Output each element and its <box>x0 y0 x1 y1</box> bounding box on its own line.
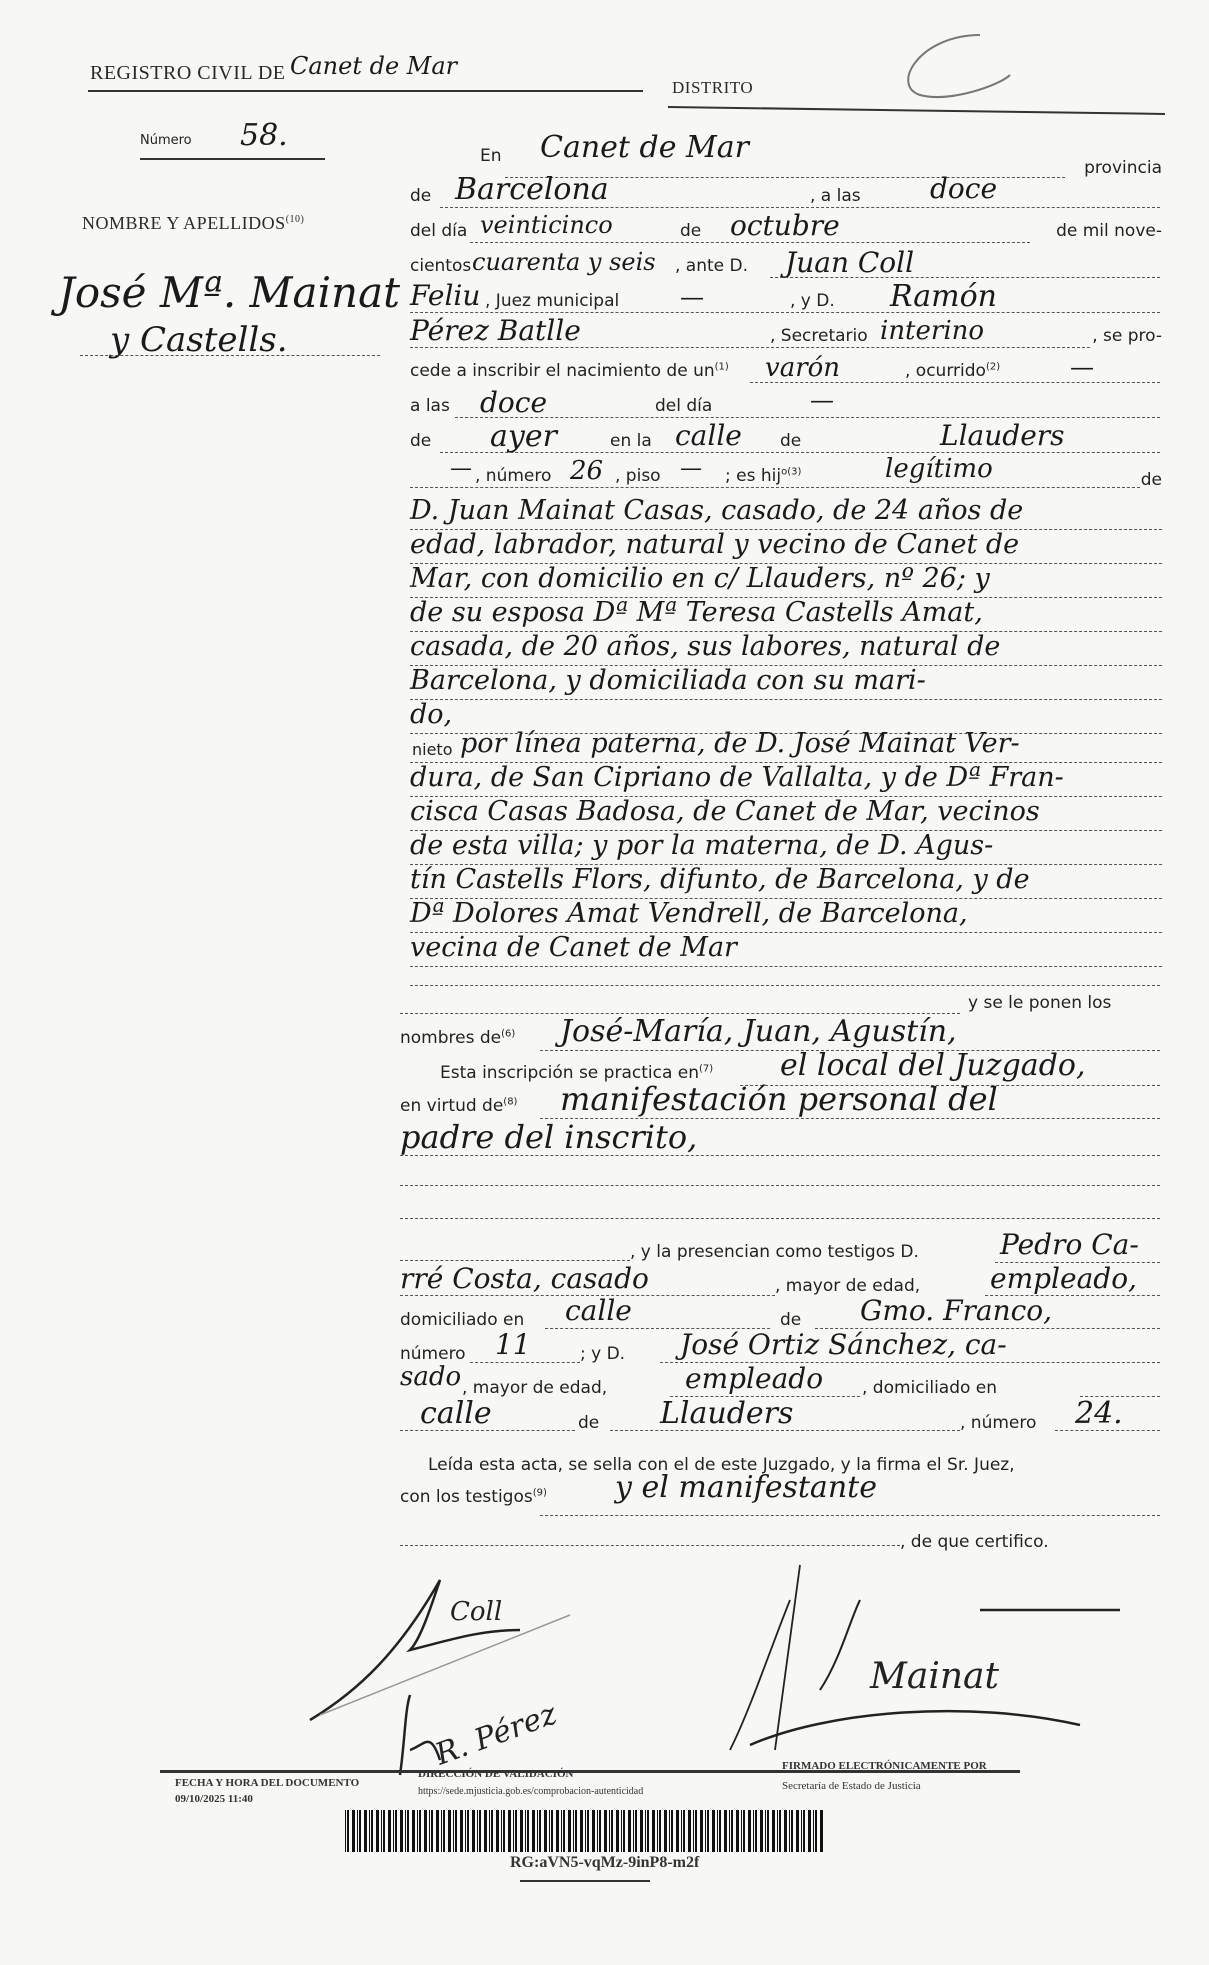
label-ponen: y se le ponen los <box>968 993 1111 1013</box>
barcode-bar <box>441 1810 442 1852</box>
barcode-bar <box>496 1810 499 1852</box>
blank-line <box>400 1260 630 1261</box>
svg-text:R. Pérez: R. Pérez <box>430 1696 562 1772</box>
barcode-bar <box>561 1810 562 1852</box>
barcode-bar <box>705 1810 706 1852</box>
value-via: calle <box>675 419 742 452</box>
barcode-bar <box>537 1810 538 1852</box>
value-practica: el local del Juzgado, <box>780 1048 1086 1083</box>
barcode-bar <box>508 1810 511 1852</box>
barcode-bar <box>525 1810 526 1852</box>
barcode-bar <box>532 1810 535 1852</box>
value-testigo2-num: 24. <box>1075 1396 1123 1431</box>
barcode-bar <box>472 1810 475 1852</box>
grandparents-line: de esta villa; y por la materna, de D. A… <box>410 830 993 861</box>
label-de: de <box>680 221 701 241</box>
label-juez-municipal: , Juez municipal <box>485 291 619 311</box>
label-de: de <box>1141 470 1162 490</box>
barcode-bar <box>549 1810 550 1852</box>
label-ocurrido-text: , ocurrido <box>905 361 986 381</box>
barcode-bar <box>352 1810 355 1852</box>
value-calle: Llauders <box>940 419 1065 452</box>
value-ocurrido: — <box>1070 353 1094 381</box>
svg-text:Mainat: Mainat <box>869 1656 999 1697</box>
value-secretario-apellido: Pérez Batlle <box>410 314 581 347</box>
row-secretario: Pérez Batlle , Secretario interino , se … <box>410 318 1162 350</box>
barcode-bar <box>611 1810 613 1852</box>
barcode-bar <box>671 1810 673 1852</box>
barcode-bar <box>688 1810 691 1852</box>
label-secretario: , Secretario <box>770 326 868 346</box>
underline <box>440 207 1160 208</box>
label-en: En <box>480 146 502 166</box>
barcode-bar <box>796 1810 799 1852</box>
value-testigo2-street: Llauders <box>660 1396 793 1431</box>
underline <box>1055 1430 1160 1431</box>
parents-line: Barcelona, y domiciliada con su mari- <box>410 665 926 696</box>
label-es-hij-text: ; es hij <box>725 466 781 486</box>
barcode-bar <box>489 1810 490 1852</box>
nombre-label: NOMBRE Y APELLIDOS(10) <box>82 213 304 234</box>
grandparents-line: por línea paterna, de D. José Mainat Ver… <box>460 728 1020 759</box>
underline <box>750 382 1160 383</box>
barcode-bar <box>575 1810 577 1852</box>
note-1: (1) <box>715 361 729 372</box>
label-nombres-text: nombres de <box>400 1028 501 1048</box>
label-nieto: nieto <box>412 740 453 759</box>
barcode-bar <box>616 1810 619 1852</box>
barcode-bar <box>693 1810 694 1852</box>
note-8: (8) <box>503 1096 517 1107</box>
label-domiciliado-2: , domiciliado en <box>862 1378 997 1398</box>
label-de: de <box>780 1310 801 1330</box>
label-mayor-2: , mayor de edad, <box>462 1378 607 1398</box>
underline <box>410 699 1162 700</box>
label-de: de <box>780 431 801 451</box>
blank-line <box>400 1155 1160 1156</box>
label-del-dia: del día <box>410 221 467 241</box>
barcode-bar <box>736 1810 739 1852</box>
barcode-bar <box>357 1810 358 1852</box>
grandparents-line: dura, de San Cipriano de Vallalta, y de … <box>410 762 1064 793</box>
label-testigos: , y la presencian como testigos D. <box>630 1242 919 1262</box>
barcode-bar <box>592 1810 595 1852</box>
label-cede: cede a inscribir el nacimiento de un(1) <box>410 361 729 381</box>
barcode-bar <box>585 1810 586 1852</box>
label-y-d: , y D. <box>790 291 835 311</box>
label-nombres: nombres de(6) <box>400 1028 515 1048</box>
barcode-bar <box>484 1810 487 1852</box>
note-9: (9) <box>533 1487 547 1498</box>
barcode-bar <box>765 1810 766 1852</box>
value-testigo1-street: Gmo. Franco, <box>860 1294 1052 1327</box>
value-testigo2-estado: sado <box>400 1362 461 1392</box>
signature-secretario: R. Pérez <box>380 1690 600 1780</box>
barcode-bar <box>587 1810 589 1852</box>
barcode-bar <box>527 1810 529 1852</box>
value-anio: cuarenta y seis <box>472 248 656 276</box>
barcode-bar <box>520 1810 523 1852</box>
row-hora-nacimiento: a las doce del día — <box>410 388 1162 420</box>
direccion-link[interactable]: https://sede.mjusticia.gob.es/comprobaci… <box>418 1786 643 1797</box>
value-testigo2-job: empleado <box>685 1362 823 1395</box>
barcode-bar <box>609 1810 610 1852</box>
barcode-bar <box>383 1810 385 1852</box>
barcode-bar <box>623 1810 625 1852</box>
barcode-bar <box>659 1810 661 1852</box>
barcode <box>345 1810 825 1852</box>
label-con-testigos: con los testigos(9) <box>400 1487 547 1507</box>
barcode-bar <box>347 1810 349 1852</box>
barcode-bar <box>448 1810 451 1852</box>
grandparents-line: vecina de Canet de Mar <box>410 932 737 963</box>
barcode-bar <box>453 1810 454 1852</box>
value-con-testigos: y el manifestante <box>615 1470 877 1505</box>
value-filiacion: legítimo <box>885 454 993 484</box>
label-cientos: cientos <box>410 256 471 276</box>
label-piso: , piso <box>615 466 661 486</box>
label-a-las: , a las <box>810 186 861 206</box>
barcode-bar <box>479 1810 481 1852</box>
label-se-pro: , se pro- <box>1092 326 1162 346</box>
label-ocurrido: , ocurrido(2) <box>905 361 1000 381</box>
label-domiciliado: domiciliado en <box>400 1310 524 1330</box>
row-lugar: En Canet de Mar provincia <box>410 138 1162 170</box>
firmado-label: FIRMADO ELECTRÓNICAMENTE POR <box>782 1760 987 1772</box>
label-cede-text: cede a inscribir el nacimiento de un <box>410 361 715 381</box>
nombre-underline <box>80 355 380 356</box>
barcode-bar <box>412 1810 415 1852</box>
row-numero-piso: — , número 26 , piso — ; es hijo(3) legí… <box>410 458 1162 490</box>
value-testigo1-job: empleado, <box>990 1262 1137 1295</box>
barcode-bar <box>719 1810 721 1852</box>
blank-line <box>400 1185 1160 1186</box>
barcode-bar <box>477 1810 478 1852</box>
parents-line: D. Juan Mainat Casas, casado, de 24 años… <box>410 495 1023 526</box>
barcode-bar <box>628 1810 631 1852</box>
registro-value: Canet de Mar <box>290 52 457 80</box>
registro-underline <box>88 90 643 92</box>
value-juez-extra: — <box>680 283 704 311</box>
numero-label: Número <box>140 133 192 148</box>
barcode-bar <box>443 1810 445 1852</box>
value-juez-nombre: Juan Coll <box>785 246 914 279</box>
barcode-bar <box>436 1810 439 1852</box>
barcode-bar <box>815 1810 817 1852</box>
barcode-bar <box>789 1810 790 1852</box>
underline <box>410 347 1090 348</box>
barcode-bar <box>551 1810 553 1852</box>
barcode-bar <box>381 1810 382 1852</box>
blank-line <box>410 985 1160 986</box>
parents-line: de su esposa Dª Mª Teresa Castells Amat, <box>410 597 983 628</box>
value-secretario-cargo: interino <box>880 316 984 346</box>
barcode-bar <box>635 1810 637 1852</box>
barcode-bar <box>772 1810 775 1852</box>
value-calle-cont: — <box>450 456 472 481</box>
parents-line: do, <box>410 699 452 730</box>
barcode-bar <box>748 1810 751 1852</box>
label-a-las: a las <box>410 396 450 416</box>
value-virtud: manifestación personal del <box>560 1080 998 1118</box>
grandparents-line: cisca Casas Badosa, de Canet de Mar, vec… <box>410 796 1040 827</box>
value-numero: 26 <box>570 456 603 486</box>
barcode-bar <box>801 1810 802 1852</box>
label-numero-2: , número <box>960 1413 1036 1433</box>
row-juez: Feliu , Juez municipal — , y D. Ramón <box>410 283 1162 315</box>
barcode-bar <box>669 1810 670 1852</box>
grandparents-line: tín Castells Flors, difunto, de Barcelon… <box>410 864 1030 895</box>
row-provincia: de Barcelona , a las doce <box>410 178 1162 210</box>
barcode-bar <box>683 1810 685 1852</box>
note-6: (6) <box>501 1028 515 1039</box>
label-numero: número <box>400 1344 466 1364</box>
barcode-bar <box>364 1810 367 1852</box>
barcode-bar <box>465 1810 466 1852</box>
barcode-bar <box>820 1810 823 1852</box>
barcode-bar <box>755 1810 757 1852</box>
nombre-line1: José Mª. Mainat <box>58 268 400 317</box>
barcode-bar <box>597 1810 598 1852</box>
barcode-bar <box>681 1810 682 1852</box>
barcode-bar <box>777 1810 778 1852</box>
barcode-bar <box>556 1810 559 1852</box>
value-testigo2-via: calle <box>420 1396 492 1431</box>
underline <box>410 966 1162 967</box>
signature-manifestante: Mainat <box>650 1560 1120 1760</box>
barcode-bar <box>599 1810 601 1852</box>
barcode-bar <box>424 1810 427 1852</box>
value-testigo1-name2: rré Costa, casado <box>400 1262 649 1295</box>
underline <box>470 1362 580 1363</box>
barcode-bar <box>371 1810 373 1852</box>
svg-text:Coll: Coll <box>450 1597 502 1627</box>
blank-line <box>400 1218 1160 1219</box>
barcode-bar <box>712 1810 715 1852</box>
barcode-bar <box>791 1810 793 1852</box>
label-en-la: en la <box>610 431 652 451</box>
barcode-bar <box>808 1810 811 1852</box>
label-y-d: ; y D. <box>580 1344 625 1364</box>
barcode-bar <box>813 1810 814 1852</box>
barcode-bar <box>640 1810 643 1852</box>
nombre-line2: y Castells. <box>110 320 288 360</box>
value-secretario-nombre: Ramón <box>890 279 997 314</box>
barcode-bar <box>345 1810 346 1852</box>
value-piso: — <box>680 456 702 481</box>
label-del-dia: del día <box>655 396 712 416</box>
fecha-label: FECHA Y HORA DEL DOCUMENTO <box>175 1777 359 1789</box>
barcode-bar <box>760 1810 763 1852</box>
value-testigo2-name: José Ortiz Sánchez, ca- <box>680 1328 1007 1361</box>
barcode-bar <box>460 1810 463 1852</box>
value-dia-nacimiento: — <box>810 386 834 414</box>
barcode-bar <box>573 1810 574 1852</box>
value-fecha-relativa: ayer <box>490 419 557 454</box>
barcode-bar <box>455 1810 457 1852</box>
barcode-bar <box>741 1810 742 1852</box>
label-numero: , número <box>475 466 551 486</box>
codigo-verificacion: RG:aVN5-vqMz-9inP8-m2f <box>510 1854 699 1872</box>
barcode-bar <box>400 1810 403 1852</box>
numero-value: 58. <box>240 118 288 153</box>
barcode-bar <box>707 1810 709 1852</box>
barcode-bar <box>359 1810 361 1852</box>
barcode-bar <box>779 1810 781 1852</box>
barcode-bar <box>429 1810 430 1852</box>
row-fecha: del día veinticinco de octubre de mil no… <box>410 213 1162 245</box>
barcode-bar <box>676 1810 679 1852</box>
label-de-2: de <box>578 1413 599 1433</box>
note-2: (2) <box>986 361 1000 372</box>
barcode-bar <box>544 1810 547 1852</box>
barcode-bar <box>652 1810 655 1852</box>
barcode-bar <box>515 1810 517 1852</box>
label-de: de <box>410 431 431 451</box>
barcode-bar <box>563 1810 565 1852</box>
barcode-bar <box>803 1810 805 1852</box>
barcode-bar <box>417 1810 418 1852</box>
underline <box>610 1430 960 1431</box>
direccion-label: DIRECCIÓN DE VALIDACIÓN <box>418 1768 573 1780</box>
label-de: de <box>410 186 431 206</box>
value-juez-apellido: Feliu <box>410 279 480 312</box>
barcode-bar <box>395 1810 397 1852</box>
underline <box>455 417 1160 418</box>
note-7: (7) <box>699 1063 713 1074</box>
row-nacimiento: cede a inscribir el nacimiento de un(1) … <box>410 353 1162 385</box>
nombre-label-text: NOMBRE Y APELLIDOS <box>82 213 286 233</box>
underline <box>470 242 1030 243</box>
label-ante-d: , ante D. <box>675 256 748 276</box>
firmado-value: Secretaría de Estado de Justicia <box>782 1780 921 1792</box>
barcode-bar <box>419 1810 421 1852</box>
barcode-bar <box>724 1810 727 1852</box>
value-testigo1-via: calle <box>565 1294 632 1327</box>
barcode-bar <box>580 1810 583 1852</box>
barcode-bar <box>717 1810 718 1852</box>
value-hora: doce <box>930 172 997 205</box>
barcode-bar <box>539 1810 541 1852</box>
barcode-bar <box>503 1810 505 1852</box>
underline <box>400 1430 575 1431</box>
barcode-bar <box>369 1810 370 1852</box>
barcode-bar <box>645 1810 646 1852</box>
parents-line: casada, de 20 años, sus labores, natural… <box>410 631 1000 662</box>
barcode-bar <box>621 1810 622 1852</box>
barcode-bar <box>491 1810 493 1852</box>
underline <box>540 1515 1160 1516</box>
distrito-underline <box>668 106 1165 115</box>
barcode-bar <box>393 1810 394 1852</box>
label-virtud: en virtud de(8) <box>400 1096 517 1116</box>
barcode-bar <box>647 1810 649 1852</box>
barcode-bar <box>467 1810 469 1852</box>
value-virtud-2: padre del inscrito, <box>400 1118 697 1156</box>
value-testigo1-num: 11 <box>495 1328 531 1361</box>
label-virtud-text: en virtud de <box>400 1096 503 1116</box>
row-anio: cientos cuarenta y seis , ante D. Juan C… <box>410 248 1162 280</box>
distrito-mark <box>860 25 1060 105</box>
value-provincia: Barcelona <box>455 172 609 207</box>
row-domicilio-nacimiento: de ayer en la calle de Llauders <box>410 423 1162 455</box>
barcode-bar <box>388 1810 391 1852</box>
value-hora-nacimiento: doce <box>480 386 547 419</box>
parents-line: Mar, con domicilio en c/ Llauders, nº 26… <box>410 563 990 594</box>
distrito-label: DISTRITO <box>672 78 753 98</box>
barcode-bar <box>753 1810 754 1852</box>
barcode-bar <box>729 1810 730 1852</box>
underline <box>770 277 1160 278</box>
label-es-hijo: ; es hijo(3) <box>725 466 801 486</box>
underline <box>410 312 1160 313</box>
barcode-bar <box>743 1810 745 1852</box>
barcode-bar <box>568 1810 571 1852</box>
label-de-mil: de mil nove- <box>1056 221 1162 241</box>
barcode-bar <box>633 1810 634 1852</box>
barcode-bar <box>513 1810 514 1852</box>
label-mayor: , mayor de edad, <box>775 1276 920 1296</box>
value-sexo: varón <box>765 353 840 383</box>
footer-stroke <box>520 1880 650 1882</box>
fecha-value: 09/10/2025 11:40 <box>175 1793 253 1805</box>
barcode-bar <box>657 1810 658 1852</box>
value-testigo1-name: Pedro Ca- <box>1000 1228 1139 1261</box>
blank-line <box>400 1545 900 1546</box>
barcode-bar <box>767 1810 769 1852</box>
registro-label: REGISTRO CIVIL DE <box>90 62 286 85</box>
value-mes: octubre <box>730 209 840 242</box>
barcode-bar <box>784 1810 787 1852</box>
barcode-bar <box>405 1810 406 1852</box>
value-dia: veinticinco <box>480 211 613 239</box>
grandparents-line: Dª Dolores Amat Vendrell, de Barcelona, <box>410 898 968 929</box>
barcode-bar <box>376 1810 379 1852</box>
barcode-bar <box>731 1810 733 1852</box>
note-3: o(3) <box>781 466 801 477</box>
value-lugar: Canet de Mar <box>540 130 749 165</box>
value-nombres: José-María, Juan, Agustín, <box>560 1014 957 1049</box>
barcode-bar <box>431 1810 433 1852</box>
parents-line: edad, labrador, natural y vecino de Cane… <box>410 529 1019 560</box>
barcode-bar <box>604 1810 607 1852</box>
label-con-testigos-text: con los testigos <box>400 1487 533 1507</box>
nombre-note: (10) <box>286 214 305 225</box>
underline <box>440 452 1160 453</box>
barcode-bar <box>407 1810 409 1852</box>
label-provincia: provincia <box>1084 158 1162 178</box>
underline <box>410 487 1140 488</box>
barcode-bar <box>700 1810 703 1852</box>
numero-underline <box>140 158 325 160</box>
certifico-text: , de que certifico. <box>900 1532 1049 1552</box>
barcode-bar <box>501 1810 502 1852</box>
barcode-bar <box>695 1810 697 1852</box>
barcode-bar <box>664 1810 667 1852</box>
